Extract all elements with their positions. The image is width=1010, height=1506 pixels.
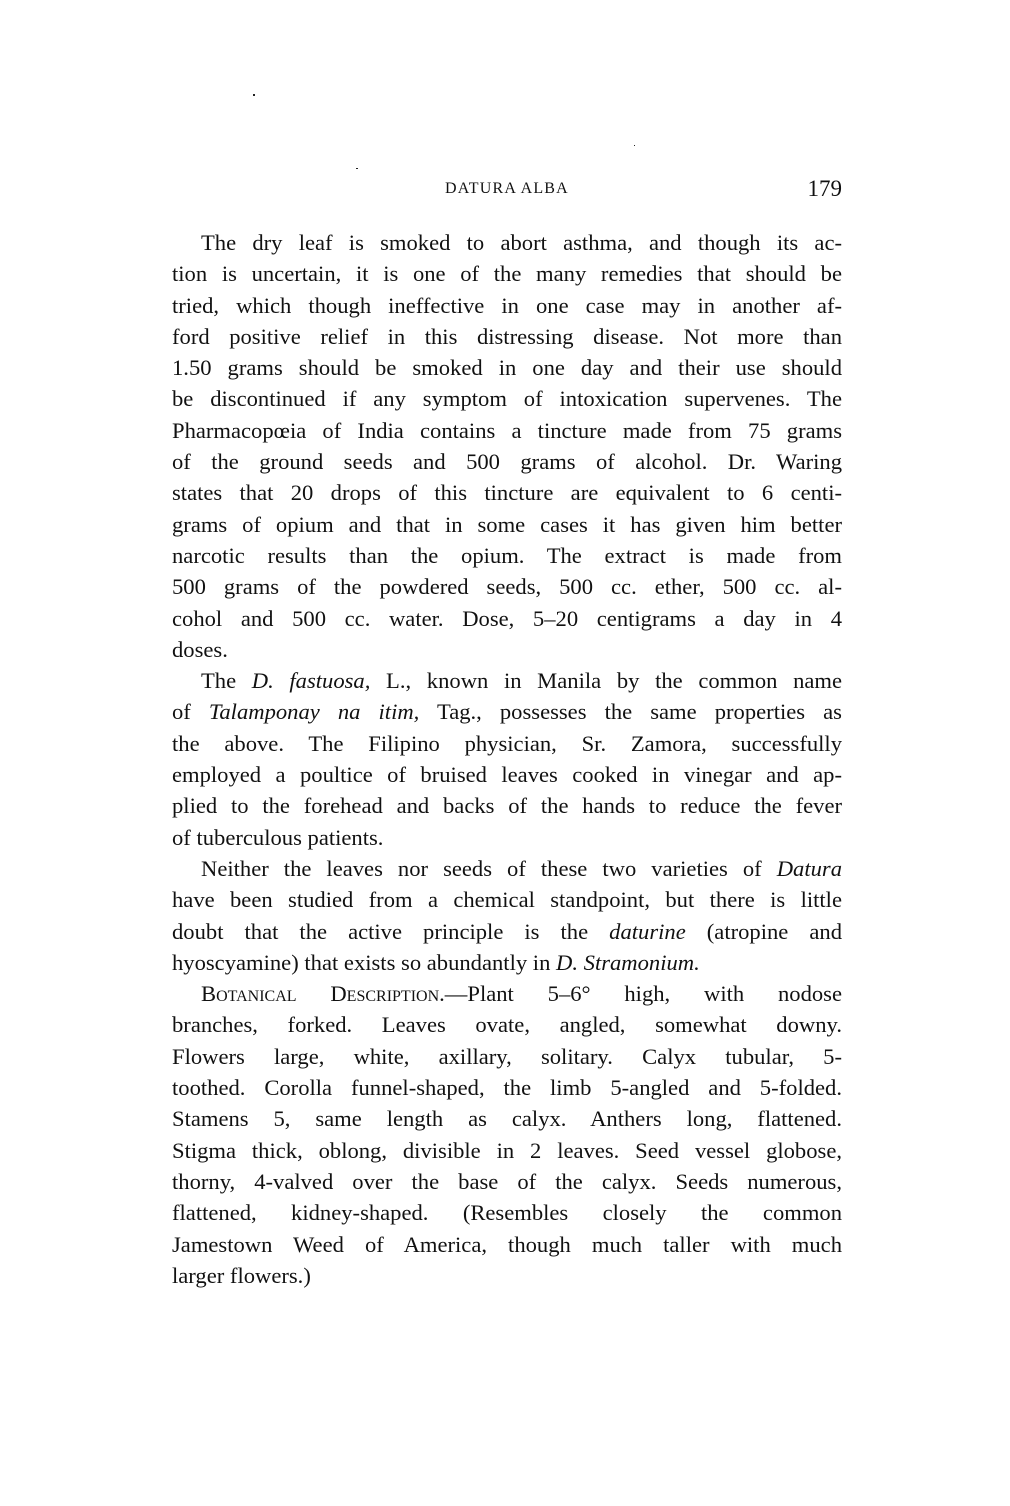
paragraph-4: Botanical Description.—Plant 5–6° high, …: [172, 978, 842, 1291]
genus-name: Datura: [777, 856, 842, 881]
species-name: D. Stramonium.: [556, 950, 700, 975]
text-run: of: [172, 699, 209, 724]
text-line: be discontinued if any symptom of intoxi…: [172, 383, 842, 414]
paragraph-3: Neither the leaves nor seeds of these tw…: [172, 853, 842, 978]
page-header: DATURA ALBA 179: [172, 176, 842, 206]
text-line: cohol and 500 cc. water. Dose, 5–20 cent…: [172, 603, 842, 634]
text-line: branches, forked. Leaves ovate, angled, …: [172, 1009, 842, 1040]
text-line: doubt that the active principle is the d…: [172, 916, 842, 947]
text-run: —Plant 5–6° high, with nodose: [445, 981, 842, 1006]
text-line: the above. The Filipino physician, Sr. Z…: [172, 728, 842, 759]
text-line: states that 20 drops of this tincture ar…: [172, 477, 842, 508]
text-line: larger flowers.): [172, 1260, 842, 1291]
text-line: The D. fastuosa, L., known in Manila by …: [172, 665, 842, 696]
text-run: Tag., possesses the same properties as: [419, 699, 842, 724]
compound-name: daturine: [609, 919, 686, 944]
text-run: (atropine and: [686, 919, 842, 944]
text-line: 500 grams of the powdered seeds, 500 cc.…: [172, 571, 842, 602]
text-line: ford positive relief in this distressing…: [172, 321, 842, 352]
text-line: flattened, kidney-shaped. (Resembles clo…: [172, 1197, 842, 1228]
text-line: doses.: [172, 634, 842, 665]
scan-speck: [253, 94, 255, 96]
text-run: Neither the leaves nor seeds of these tw…: [201, 856, 777, 881]
text-line: Pharmacopœia of India contains a tinctur…: [172, 415, 842, 446]
text-line: of the ground seeds and 500 grams of alc…: [172, 446, 842, 477]
scan-speck: [634, 145, 635, 146]
page-number: 179: [808, 176, 843, 202]
running-head: DATURA ALBA: [172, 180, 842, 198]
text-line: tried, which though ineffective in one c…: [172, 290, 842, 321]
text-line: tion is uncertain, it is one of the many…: [172, 258, 842, 289]
species-name: D. fastuosa,: [252, 668, 371, 693]
text-line: hyoscyamine) that exists so abundantly i…: [172, 947, 842, 978]
paragraph-1: The dry leaf is smoked to abort asthma, …: [172, 227, 842, 665]
section-heading: Botanical Description.: [201, 981, 445, 1006]
text-line: of tuberculous patients.: [172, 822, 842, 853]
text-line: narcotic results than the opium. The ext…: [172, 540, 842, 571]
text-line: grams of opium and that in some cases it…: [172, 509, 842, 540]
text-line: thorny, 4-valved over the base of the ca…: [172, 1166, 842, 1197]
text-line: plied to the forehead and backs of the h…: [172, 790, 842, 821]
text-line: toothed. Corolla funnel-shaped, the limb…: [172, 1072, 842, 1103]
text-line: Flowers large, white, axillary, solitary…: [172, 1041, 842, 1072]
scan-speck: [356, 168, 358, 169]
text-line: The dry leaf is smoked to abort asthma, …: [172, 227, 842, 258]
text-run: L., known in Manila by the common name: [370, 668, 842, 693]
text-line: of Talamponay na itim, Tag., possesses t…: [172, 696, 842, 727]
text-line: 1.50 grams should be smoked in one day a…: [172, 352, 842, 383]
text-run: doubt that the active principle is the: [172, 919, 609, 944]
common-name: Talamponay na itim,: [209, 699, 419, 724]
text-line: Jamestown Weed of America, though much t…: [172, 1229, 842, 1260]
page-body: The dry leaf is smoked to abort asthma, …: [172, 227, 842, 1291]
text-line: Botanical Description.—Plant 5–6° high, …: [172, 978, 842, 1009]
text-line: Neither the leaves nor seeds of these tw…: [172, 853, 842, 884]
paragraph-2: The D. fastuosa, L., known in Manila by …: [172, 665, 842, 853]
text-line: have been studied from a chemical standp…: [172, 884, 842, 915]
text-run: The: [201, 668, 252, 693]
text-run: hyoscyamine) that exists so abundantly i…: [172, 950, 556, 975]
text-line: Stigma thick, oblong, divisible in 2 lea…: [172, 1135, 842, 1166]
text-line: employed a poultice of bruised leaves co…: [172, 759, 842, 790]
text-line: Stamens 5, same length as calyx. Anthers…: [172, 1103, 842, 1134]
